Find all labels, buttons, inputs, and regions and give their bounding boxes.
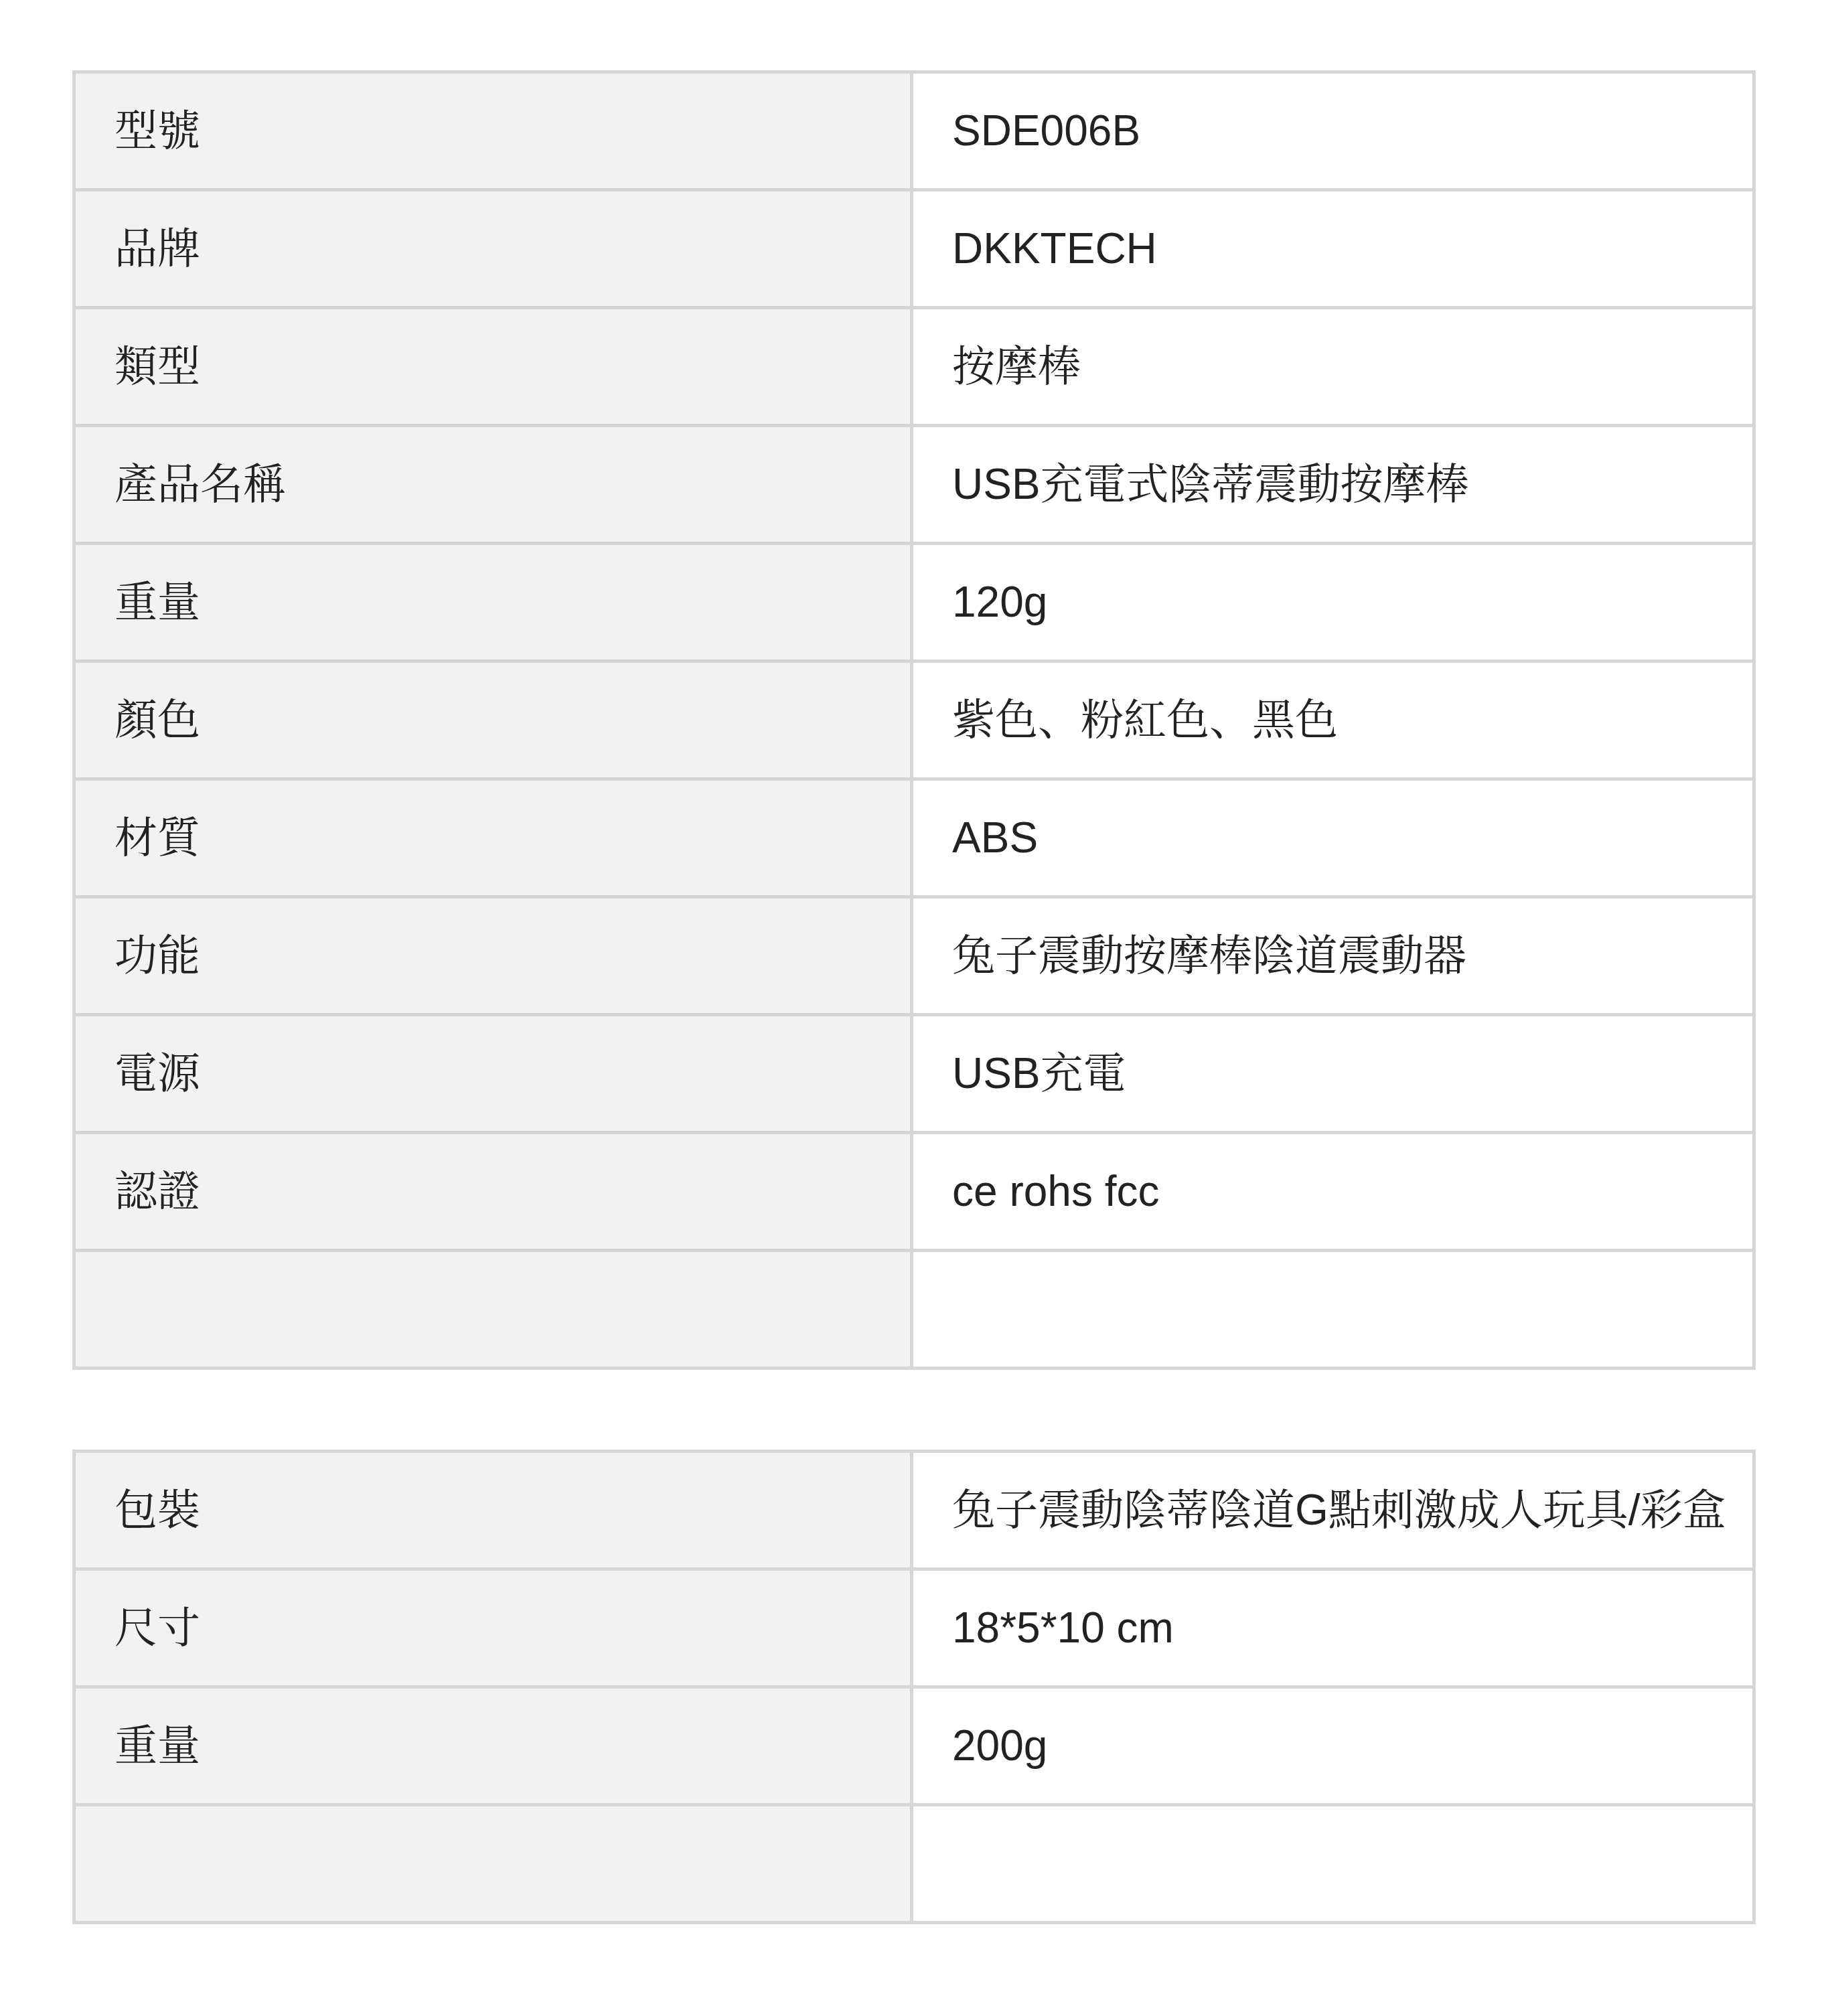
spec-row-value: USB充電式陰蒂震動按摩棒 bbox=[913, 427, 1752, 542]
spec-row-label: 類型 bbox=[76, 309, 913, 424]
spec-row: 認證ce rohs fcc bbox=[76, 1131, 1752, 1249]
spec-row-value: DKKTECH bbox=[913, 191, 1752, 306]
spec-row-value: 兔子震動陰蒂陰道G點刺激成人玩具/彩盒 bbox=[913, 1453, 1752, 1567]
spec-row-value: 兔子震動按摩棒陰道震動器 bbox=[913, 899, 1752, 1013]
spec-row: 重量200g bbox=[76, 1685, 1752, 1803]
spec-row-value: SDE006B bbox=[913, 74, 1752, 188]
spec-row bbox=[76, 1249, 1752, 1367]
spec-row: 產品名稱USB充電式陰蒂震動按摩棒 bbox=[76, 424, 1752, 542]
spec-row-value: 18*5*10 cm bbox=[913, 1571, 1752, 1685]
spec-row: 顏色紫色、粉紅色、黑色 bbox=[76, 660, 1752, 777]
spec-row: 品牌DKKTECH bbox=[76, 188, 1752, 306]
spec-row: 重量120g bbox=[76, 542, 1752, 660]
spec-row-label: 電源 bbox=[76, 1016, 913, 1131]
spec-row: 類型按摩棒 bbox=[76, 306, 1752, 424]
spec-row: 型號SDE006B bbox=[76, 74, 1752, 188]
spec-row-label: 型號 bbox=[76, 74, 913, 188]
spec-row-label: 品牌 bbox=[76, 191, 913, 306]
spec-row-value bbox=[913, 1252, 1752, 1367]
spec-row-label: 重量 bbox=[76, 1689, 913, 1803]
product-spec-table: 型號SDE006B品牌DKKTECH類型按摩棒產品名稱USB充電式陰蒂震動按摩棒… bbox=[72, 70, 1756, 1370]
spec-row-label: 產品名稱 bbox=[76, 427, 913, 542]
spec-row: 材質ABS bbox=[76, 777, 1752, 895]
spec-row-label: 材質 bbox=[76, 781, 913, 895]
spec-row-label: 認證 bbox=[76, 1134, 913, 1249]
spec-row-value: 120g bbox=[913, 545, 1752, 660]
spec-row-label bbox=[76, 1252, 913, 1367]
spec-row-value: 按摩棒 bbox=[913, 309, 1752, 424]
spec-row: 尺寸18*5*10 cm bbox=[76, 1567, 1752, 1685]
spec-row-label: 重量 bbox=[76, 545, 913, 660]
spec-row-label: 功能 bbox=[76, 899, 913, 1013]
spec-row: 電源USB充電 bbox=[76, 1013, 1752, 1131]
spec-row-value: ce rohs fcc bbox=[913, 1134, 1752, 1249]
spec-row-value: 200g bbox=[913, 1689, 1752, 1803]
spec-row bbox=[76, 1803, 1752, 1921]
spec-row-label: 包裝 bbox=[76, 1453, 913, 1567]
spec-row: 包裝兔子震動陰蒂陰道G點刺激成人玩具/彩盒 bbox=[76, 1453, 1752, 1567]
spec-row-label: 尺寸 bbox=[76, 1571, 913, 1685]
spec-row-value: ABS bbox=[913, 781, 1752, 895]
spec-row-label bbox=[76, 1806, 913, 1921]
spec-row-value: 紫色、粉紅色、黑色 bbox=[913, 663, 1752, 777]
package-spec-table: 包裝兔子震動陰蒂陰道G點刺激成人玩具/彩盒尺寸18*5*10 cm重量200g bbox=[72, 1450, 1756, 1924]
spec-row: 功能兔子震動按摩棒陰道震動器 bbox=[76, 895, 1752, 1013]
product-spec-page: 型號SDE006B品牌DKKTECH類型按摩棒產品名稱USB充電式陰蒂震動按摩棒… bbox=[0, 0, 1828, 2016]
spec-row-value: USB充電 bbox=[913, 1016, 1752, 1131]
spec-row-label: 顏色 bbox=[76, 663, 913, 777]
spec-row-value bbox=[913, 1806, 1752, 1921]
